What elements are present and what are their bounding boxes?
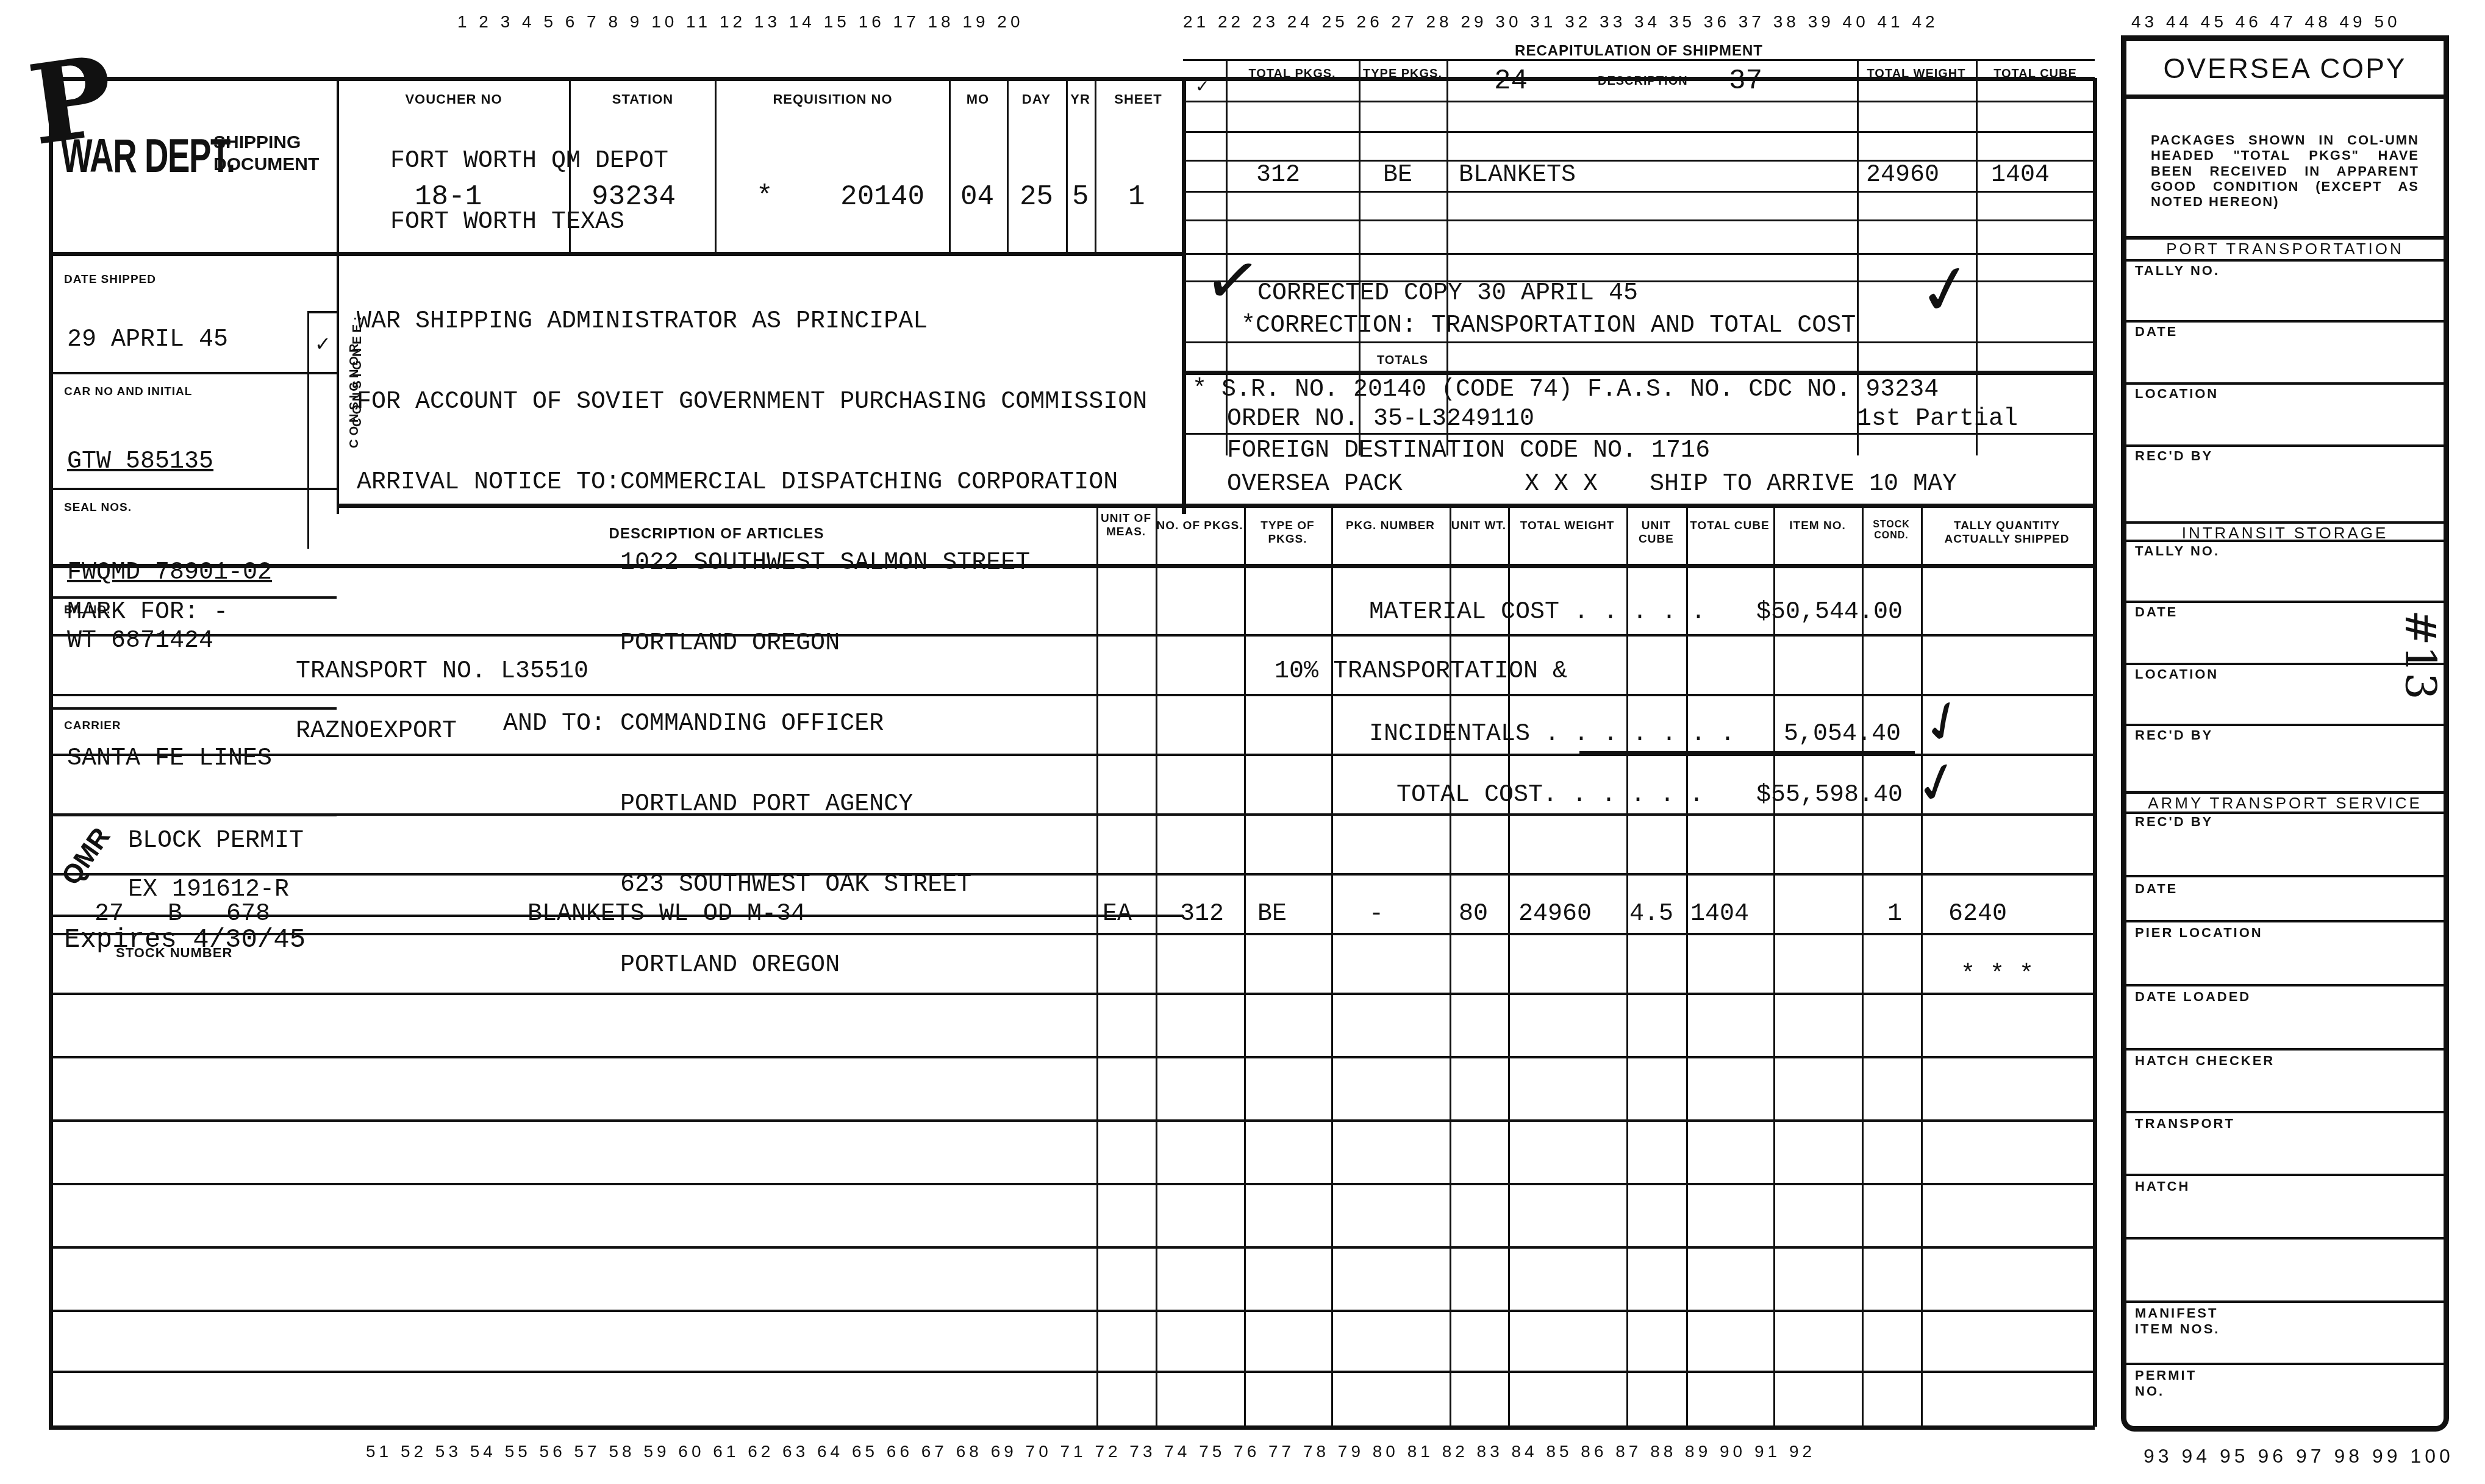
recap-col-total-cube: TOTAL CUBE [1976, 67, 2095, 81]
pt-recd-field[interactable]: REC'D BY [2135, 448, 2213, 464]
item-total-cube[interactable]: 1404 [1690, 902, 1749, 927]
day-value[interactable]: 25 [1020, 183, 1053, 211]
col-tally: TALLY QUANTITY ACTUALLY SHIPPED [1921, 519, 2093, 546]
divider-articles-header-bottom [49, 564, 2095, 568]
col-stock-cond: STOCK COND. [1862, 519, 1921, 542]
block-permit-line1: BLOCK PERMIT [128, 829, 304, 854]
panel-divider [2126, 1048, 2444, 1051]
row-line [49, 1371, 2095, 1373]
date-check-icon[interactable]: ✓ [315, 332, 331, 355]
recap-row-line [1183, 341, 2095, 343]
xxx-marker: X X X [1525, 473, 1598, 497]
is-location-field[interactable]: LOCATION [2135, 666, 2219, 682]
voucher-label: VOUCHER NO [338, 91, 569, 107]
carrier-value[interactable]: SANTA FE LINES [67, 747, 272, 771]
end-marker: * * * [1961, 963, 2034, 988]
panel-divider [2126, 1174, 2444, 1176]
checkmark-icon: ✓ [1200, 243, 1265, 318]
day-label: DAY [1007, 91, 1066, 107]
item-unit-meas[interactable]: EA [1103, 902, 1132, 927]
ats-permit-field[interactable]: PERMIT NO. [2135, 1368, 2220, 1400]
col-pkg-number: PKG. NUMBER [1331, 519, 1450, 533]
row-line [49, 1056, 2095, 1058]
panel-divider [2126, 1237, 2444, 1240]
column-numbers-bottom-right: 93 94 95 96 97 98 99 100 [2144, 1445, 2454, 1468]
check-box-top [307, 311, 337, 313]
raznoexport: RAZNOEXPORT [296, 719, 457, 744]
is-recd-field[interactable]: REC'D BY [2135, 727, 2213, 743]
ats-date-loaded-field[interactable]: DATE LOADED [2135, 989, 2251, 1005]
date-shipped-label: DATE SHIPPED [64, 273, 156, 287]
item-unit-wt[interactable]: 80 [1459, 902, 1488, 927]
frame-bottom-border [49, 1425, 2095, 1430]
margin-handwriting: #13 [2395, 610, 2445, 700]
item-tally[interactable]: 6240 [1948, 902, 2007, 927]
col-line [1921, 505, 1923, 1427]
ats-manifest-field[interactable]: MANIFEST ITEM NOS. [2135, 1305, 2257, 1338]
col-line [1450, 505, 1451, 1427]
ats-date-field[interactable]: DATE [2135, 881, 2178, 897]
panel-divider [2126, 1300, 2444, 1303]
column-numbers-top-mid: 21 22 23 24 25 26 27 28 29 30 31 32 33 3… [1183, 12, 1939, 32]
recap-totals-label: TOTALS [1359, 354, 1446, 368]
mo-value[interactable]: 04 [960, 183, 994, 211]
ats-pier-field[interactable]: PIER LOCATION [2135, 925, 2263, 941]
consignee-line: FOR ACCOUNT OF SOVIET GOVERNMENT PURCHAS… [357, 389, 1147, 416]
ats-hatch-checker-field[interactable]: HATCH CHECKER [2135, 1053, 2275, 1069]
row-line [49, 1119, 2095, 1122]
divider-recap-weight [1976, 59, 1978, 455]
recap-desc-right-num: 37 [1729, 67, 1762, 95]
panel-divider [2126, 320, 2444, 323]
panel-divider [2126, 724, 2444, 726]
divider-recap-left [1182, 78, 1186, 514]
oversea-copy-panel: OVERSEA COPY PACKAGES SHOWN IN COL-UMN H… [2121, 35, 2449, 1432]
item-stock-cond[interactable]: 1 [1887, 902, 1902, 927]
seal-label: SEAL NOS. [64, 501, 132, 515]
frame-left-border [49, 78, 53, 1427]
recap-title: RECAPITULATION OF SHIPMENT [1183, 43, 2095, 60]
divider-recap-title [1183, 59, 2095, 61]
correction-note: *CORRECTION: TRANSPORTATION AND TOTAL CO… [1241, 314, 1856, 338]
row-line [49, 1246, 2095, 1249]
column-numbers-top-right: 43 44 45 46 47 48 49 50 [2131, 12, 2401, 32]
oversea-copy-title: OVERSEA COPY [2126, 52, 2444, 85]
sheet-value[interactable]: 1 [1128, 183, 1145, 211]
row-line [49, 873, 2095, 876]
bl-value[interactable]: WT 6871424 [67, 629, 213, 654]
item-total-weight[interactable]: 24960 [1518, 902, 1592, 927]
ats-hatch-field[interactable]: HATCH [2135, 1179, 2190, 1194]
divider-check-col [307, 311, 309, 549]
panel-divider [2126, 540, 2444, 542]
mo-label: MO [949, 91, 1007, 107]
recap-col-type-pkgs: TYPE PKGS. [1359, 67, 1446, 81]
transport-percent: 10% TRANSPORTATION & [1275, 660, 1567, 684]
row-line [49, 993, 2095, 995]
col-total-weight: TOTAL WEIGHT [1508, 519, 1626, 533]
col-line [1862, 505, 1864, 1427]
yr-label: YR [1066, 91, 1095, 107]
army-transport-title: ARMY TRANSPORT SERVICE [2126, 794, 2444, 813]
ship-arrive: SHIP TO ARRIVE 10 MAY [1650, 473, 1957, 497]
item-unit-cube[interactable]: 4.5 [1629, 902, 1673, 927]
handwritten-mark-icon: P [22, 32, 121, 171]
carrier-label: CARRIER [64, 719, 121, 733]
requisition-label: REQUISITION NO [717, 91, 949, 107]
recap-col-total-weight: TOTAL WEIGHT [1857, 67, 1976, 81]
recap-row-line [1183, 160, 2095, 162]
doc-title-line1: SHIPPING [213, 132, 319, 154]
mark-for: MARK FOR: - [67, 601, 228, 625]
checkmark-icon: ✓ [1909, 751, 1967, 816]
ats-recd-field[interactable]: REC'D BY [2135, 814, 2213, 830]
recap-col-description: DESCRIPTION [1598, 74, 1688, 88]
panel-divider [2126, 444, 2444, 447]
recap-row-line [1183, 219, 2095, 221]
pt-tally-field[interactable]: TALLY NO. [2135, 263, 2220, 279]
recap-col-total-pkgs: TOTAL PKGS. [1226, 67, 1359, 81]
doc-title-line2: DOCUMENT [213, 154, 319, 176]
row-line [49, 634, 2095, 637]
date-shipped-value[interactable]: 29 APRIL 45 [67, 328, 228, 352]
recap-total-cube-value[interactable]: 1404 [1991, 163, 2050, 188]
divider-recap-bottom [1183, 371, 2095, 375]
qmr-stamp: QMR [55, 822, 116, 891]
incidentals-value[interactable]: 5,054.40 [1784, 722, 1901, 747]
col-item-no: ITEM NO. [1773, 519, 1862, 533]
foreign-destination: FOREIGN DESTINATION CODE NO. 1716 [1227, 439, 1710, 463]
divider-car [49, 488, 337, 490]
recap-description-value[interactable]: BLANKETS [1459, 163, 1576, 188]
col-unit-wt: UNIT WT. [1450, 519, 1508, 533]
col-line [1686, 505, 1688, 1427]
total-cost-value[interactable]: $55,598.40 [1756, 783, 1903, 808]
recap-check-icon: ✓ [1195, 76, 1209, 96]
order-line: ORDER NO. 35-L3249110 [1227, 407, 1534, 432]
station-label: STATION [571, 91, 715, 107]
col-line [1331, 505, 1333, 1427]
block-permit-line2: EX 191612-R [128, 878, 289, 902]
col-unit-cube: UNIT CUBE [1626, 519, 1686, 546]
column-numbers-bottom-left: 51 52 53 54 55 56 57 58 59 60 61 62 63 6… [366, 1442, 1815, 1461]
divider-articles-top [337, 504, 2095, 508]
doc-title: SHIPPING DOCUMENT [213, 132, 319, 176]
divider-date [49, 372, 337, 374]
partial-note: 1st Partial [1857, 407, 2018, 432]
is-date-field[interactable]: DATE [2135, 604, 2178, 620]
material-cost-label: MATERIAL COST . . . . . [1369, 601, 1706, 625]
consignee-line: AND TO: COMMANDING OFFICER [357, 711, 1147, 738]
row-line [49, 1183, 2095, 1185]
item-description[interactable]: BLANKETS WL OD M-34 [527, 902, 806, 927]
consignor-line2[interactable]: FORT WORTH TEXAS [390, 210, 624, 235]
material-cost-value[interactable]: $50,544.00 [1756, 601, 1903, 625]
col-line [1626, 505, 1628, 1427]
col-line [1773, 505, 1775, 1427]
divider-notes [1183, 433, 2095, 435]
requisition-value[interactable]: * 20140 [756, 183, 924, 211]
underline-strike [1579, 751, 1915, 755]
item-type-pkgs[interactable]: BE [1257, 902, 1287, 927]
recap-row-line [1183, 131, 2095, 133]
sheet-label: SHEET [1095, 91, 1182, 107]
recap-desc-left-num: 24 [1494, 67, 1528, 95]
panel-divider [2126, 920, 2444, 922]
panel-divider [2126, 875, 2444, 877]
car-value[interactable]: GTW 585135 [67, 450, 213, 474]
col-total-cube: TOTAL CUBE [1686, 519, 1773, 533]
col-unit-meas: UNIT OF MEAS. [1096, 512, 1156, 539]
column-numbers-top-left: 1 2 3 4 5 6 7 8 9 10 11 12 13 14 15 16 1… [457, 12, 1023, 32]
total-cost-label: TOTAL COST. . . . . . [1396, 783, 1704, 808]
articles-col-description: DESCRIPTION OF ARTICLES [338, 526, 1095, 543]
yr-value[interactable]: 5 [1072, 183, 1089, 211]
col-type-pkgs: TYPE OF PKGS. [1244, 519, 1331, 546]
checkmark-icon: ✓ [1912, 252, 1979, 327]
voucher-value[interactable]: 18-1 [415, 183, 482, 211]
row-line [49, 813, 2095, 816]
pt-location-field[interactable]: LOCATION [2135, 386, 2219, 402]
port-transportation-title: PORT TRANSPORTATION [2126, 240, 2444, 259]
consignor-line1[interactable]: FORT WORTH QM DEPOT [390, 149, 668, 174]
is-tally-field[interactable]: TALLY NO. [2135, 543, 2220, 559]
corrected-copy-note: CORRECTED COPY 30 APRIL 45 [1257, 282, 1638, 306]
item-no-pkgs[interactable]: 312 [1180, 902, 1224, 927]
consignee-line: ARRIVAL NOTICE TO:COMMERCIAL DISPATCHING… [357, 469, 1147, 496]
col-line [1508, 505, 1510, 1427]
oversea-pack: OVERSEA PACK [1227, 473, 1403, 497]
receipt-notice: PACKAGES SHOWN IN COL-UMN HEADED "TOTAL … [2151, 132, 2419, 209]
recap-row-line [1183, 191, 2095, 193]
car-label: CAR NO AND INITIAL [64, 385, 192, 399]
consignee-line: PORTLAND OREGON [357, 952, 1147, 979]
panel-divider [2126, 382, 2444, 385]
consignee-line: 623 SOUTHWEST OAK STREET [357, 872, 1147, 899]
item-pkg-number[interactable]: - [1369, 902, 1384, 927]
consignee-line: 1022 SOUTHWEST SALMON STREET [357, 550, 1147, 577]
consignee-block[interactable]: WAR SHIPPING ADMINISTRATOR AS PRINCIPAL … [357, 255, 1147, 1006]
col-no-pkgs: NO. OF PKGS. [1156, 519, 1244, 533]
item-stock-number[interactable]: 27 B 678 [95, 902, 270, 927]
col-line [1096, 505, 1098, 1427]
recap-row-line [1183, 101, 2095, 102]
row-line [49, 933, 2095, 935]
station-value[interactable]: 93234 [592, 183, 676, 211]
panel-divider [2126, 1111, 2444, 1113]
col-line [1244, 505, 1246, 1427]
ats-transport-field[interactable]: TRANSPORT [2135, 1116, 2235, 1132]
frame-top-border [49, 77, 2095, 81]
col-line [1156, 505, 1157, 1427]
divider-left-col [337, 78, 339, 514]
panel-divider [2126, 1363, 2444, 1365]
divider-bl [49, 707, 337, 710]
consignee-line: WAR SHIPPING ADMINISTRATOR AS PRINCIPAL [357, 309, 1147, 335]
transport-no: TRANSPORT NO. L35510 [296, 660, 588, 684]
recap-total-pkgs-value[interactable]: 312 [1256, 163, 1300, 188]
row-line [49, 1310, 2095, 1312]
panel-divider [2126, 95, 2444, 99]
panel-divider [2126, 984, 2444, 986]
row-line [49, 694, 2095, 696]
panel-divider [2126, 601, 2444, 603]
incidentals-label: INCIDENTALS . . . . . . . [1369, 722, 1735, 747]
recap-type-pkgs-value[interactable]: BE [1383, 163, 1412, 188]
pt-date-field[interactable]: DATE [2135, 324, 2178, 340]
recap-total-weight-value[interactable]: 24960 [1866, 163, 1939, 188]
sr-line: * S.R. NO. 20140 (CODE 74) F.A.S. NO. CD… [1192, 378, 1939, 402]
stock-number-label: STOCK NUMBER [116, 945, 232, 960]
panel-divider [2126, 259, 2444, 262]
